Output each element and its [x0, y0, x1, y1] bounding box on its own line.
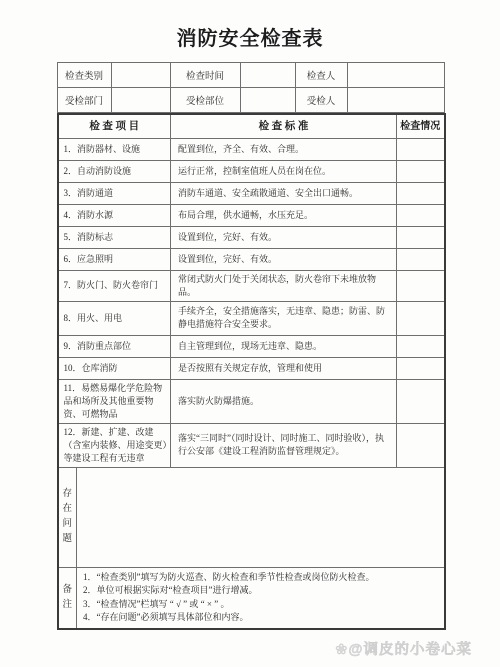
remarks-content-cell: 1．“检查类别”填写为防火巡查、防火检查和季节性检查或岗位防火检查。 2．单位可… — [77, 567, 445, 629]
status-cell — [397, 204, 445, 226]
status-cell — [397, 138, 445, 160]
table-row: 1．消防器材、设施 配置到位，齐全、有效、合理。 — [58, 138, 445, 160]
info-label-location: 受检部位 — [170, 88, 240, 113]
problems-row: 存在问题 — [58, 467, 445, 567]
column-header-standard: 检 查 标 准 — [171, 114, 397, 138]
item-cell: 3．消防通道 — [58, 182, 171, 204]
table-row: 6．应急照明 设置到位，完好、有效。 — [58, 248, 445, 270]
standard-cell: 设置到位，完好、有效。 — [171, 248, 397, 270]
item-cell: 5．消防标志 — [58, 226, 171, 248]
status-cell — [397, 357, 445, 379]
standard-cell: 设置到位，完好、有效。 — [171, 226, 397, 248]
table-row: 2．自动消防设施 运行正常，控制室值班人员在岗在位。 — [58, 160, 445, 182]
watermark: ❀@调皮的小卷心菜 — [335, 638, 472, 659]
item-cell: 11．易燃易爆化学危险物品和场所及其他重要物资、可燃物品 — [58, 379, 171, 423]
table-row: 12．新建、扩建、改建（含室内装修、用途变更）等建设工程有无违章 落实“三同时”… — [58, 423, 445, 467]
table-row: 10．仓库消防 是否按照有关规定存放，管理和使用 — [58, 357, 445, 379]
info-table: 检查类别 检查时间 检查人 受检部门 受检部位 受检人 — [57, 62, 445, 113]
info-label-inspector: 检查人 — [295, 63, 347, 88]
standard-cell: 落实防火防爆措施。 — [171, 379, 397, 423]
remark-line: 1．“检查类别”填写为防火巡查、防火检查和季节性检查或岗位防火检查。 — [83, 571, 440, 585]
standard-cell: 落实“三同时”（同时设计、同时施工、同时验收），执行公安部《建设工程消防监督管理… — [171, 423, 397, 467]
problems-label: 存在问题 — [58, 467, 77, 567]
table-row: 3．消防通道 消防车通道、安全疏散通道、安全出口通畅。 — [58, 182, 445, 204]
standard-cell: 消防车通道、安全疏散通道、安全出口通畅。 — [171, 182, 397, 204]
page-title: 消防安全检查表 — [0, 0, 500, 51]
table-row: 9．消防重点部位 自主管理到位，现场无违章、隐患。 — [58, 335, 445, 357]
remark-line: 3．“检查情况”栏填写 “ √ ” 或 “ × ” 。 — [83, 598, 440, 612]
status-cell — [397, 226, 445, 248]
info-value-time — [240, 63, 295, 88]
status-cell — [397, 248, 445, 270]
info-row-2: 受检部门 受检部位 受检人 — [57, 88, 444, 113]
inspection-form: 检查类别 检查时间 检查人 受检部门 受检部位 受检人 检 查 项 目 检 查 … — [57, 62, 444, 630]
remarks-label: 备注 — [58, 567, 77, 629]
remarks-row: 备注 1．“检查类别”填写为防火巡查、防火检查和季节性检查或岗位防火检查。 2．… — [58, 567, 445, 629]
item-cell: 1．消防器材、设施 — [58, 138, 171, 160]
table-row: 4．消防水源 布局合理，供水通畅，水压充足。 — [58, 204, 445, 226]
info-label-department: 受检部门 — [57, 88, 111, 113]
table-row: 5．消防标志 设置到位，完好、有效。 — [58, 226, 445, 248]
standard-cell: 是否按照有关规定存放，管理和使用 — [171, 357, 397, 379]
standard-cell: 布局合理，供水通畅，水压充足。 — [171, 204, 397, 226]
standard-cell: 运行正常，控制室值班人员在岗在位。 — [171, 160, 397, 182]
info-value-inspector — [347, 63, 444, 88]
checklist-table: 检 查 项 目 检 查 标 准 检查情况 1．消防器材、设施 配置到位，齐全、有… — [57, 113, 446, 630]
standard-cell: 手续齐全，安全措施落实，无违章、隐患；防雷、防静电措施符合安全要求。 — [171, 301, 397, 335]
info-value-department — [111, 88, 170, 113]
item-cell: 4．消防水源 — [58, 204, 171, 226]
status-cell — [397, 335, 445, 357]
problems-content-cell — [77, 467, 445, 567]
remarks-label-text: 备注 — [62, 583, 72, 613]
status-cell — [397, 423, 445, 467]
column-header-item: 检 查 项 目 — [58, 114, 171, 138]
item-cell: 6．应急照明 — [58, 248, 171, 270]
status-cell — [397, 379, 445, 423]
info-label-inspected-person: 受检人 — [295, 88, 347, 113]
status-cell — [397, 182, 445, 204]
info-value-location — [240, 88, 295, 113]
standard-cell: 配置到位，齐全、有效、合理。 — [171, 138, 397, 160]
table-row: 11．易燃易爆化学危险物品和场所及其他重要物资、可燃物品 落实防火防爆措施。 — [58, 379, 445, 423]
item-cell: 10．仓库消防 — [58, 357, 171, 379]
info-value-category — [111, 63, 170, 88]
item-cell: 2．自动消防设施 — [58, 160, 171, 182]
item-cell: 8．用火、用电 — [58, 301, 171, 335]
table-row: 8．用火、用电 手续齐全，安全措施落实，无违章、隐患；防雷、防静电措施符合安全要… — [58, 301, 445, 335]
standard-cell: 自主管理到位，现场无违章、隐患。 — [171, 335, 397, 357]
remark-line: 4．“存在问题”必须填写具体部位和内容。 — [83, 611, 440, 625]
item-cell: 7．防火门、防火卷帘门 — [58, 270, 171, 301]
status-cell — [397, 301, 445, 335]
item-cell: 9．消防重点部位 — [58, 335, 171, 357]
info-row-1: 检查类别 检查时间 检查人 — [57, 63, 444, 88]
table-row: 7．防火门、防火卷帘门 常闭式防火门处于关闭状态，防火卷帘下未堆放物品。 — [58, 270, 445, 301]
info-value-inspected-person — [347, 88, 444, 113]
status-cell — [397, 160, 445, 182]
problems-label-text: 存在问题 — [62, 487, 72, 547]
checklist-header-row: 检 查 项 目 检 查 标 准 检查情况 — [58, 114, 445, 138]
info-label-time: 检查时间 — [170, 63, 240, 88]
column-header-status: 检查情况 — [397, 114, 445, 138]
item-cell: 12．新建、扩建、改建（含室内装修、用途变更）等建设工程有无违章 — [58, 423, 171, 467]
status-cell — [397, 270, 445, 301]
info-label-category: 检查类别 — [57, 63, 111, 88]
standard-cell: 常闭式防火门处于关闭状态，防火卷帘下未堆放物品。 — [171, 270, 397, 301]
remark-line: 2．单位可根据实际对“检查项目”进行增减。 — [83, 584, 440, 598]
